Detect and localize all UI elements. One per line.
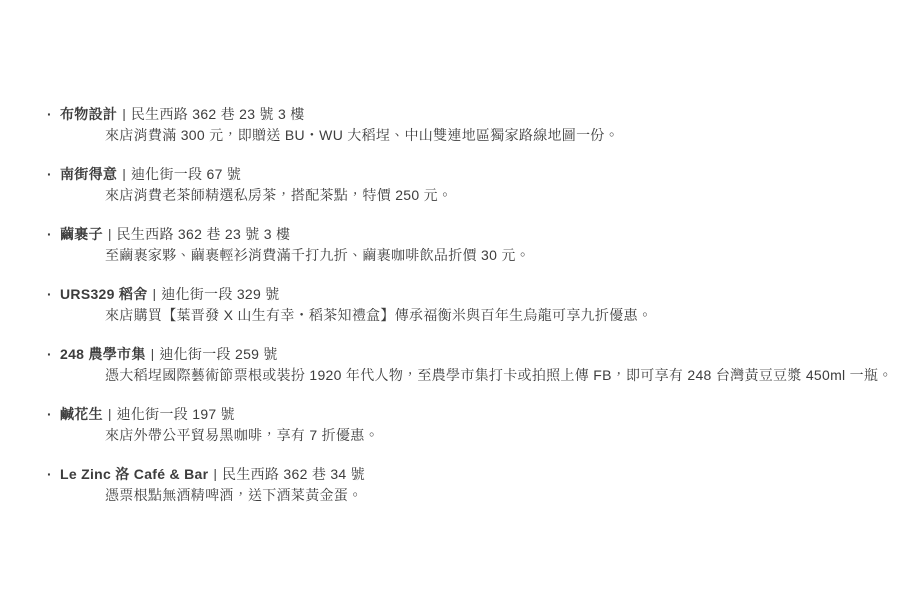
shop-title-line: · 布物設計 | 民生西路 362 巷 23 號 3 樓 (47, 104, 907, 125)
bullet-icon: · (47, 164, 60, 185)
bullet-icon: · (47, 284, 60, 305)
shop-name: Le Zinc 洛 Café & Bar (60, 464, 208, 485)
separator: | (108, 225, 112, 244)
shop-list: · 布物設計 | 民生西路 362 巷 23 號 3 樓 來店消費滿 300 元… (47, 104, 907, 524)
shop-address: 民生西路 362 巷 23 號 3 樓 (117, 224, 291, 245)
shop-offer: 來店消費老茶師精選私房茶，搭配茶點，特價 250 元。 (105, 185, 907, 206)
shop-title-line: · 南街得意 | 迪化街一段 67 號 (47, 164, 907, 185)
bullet-icon: · (47, 104, 60, 125)
separator: | (151, 345, 155, 364)
shop-address: 迪化街一段 197 號 (117, 404, 235, 425)
shop-offer: 憑大稻埕國際藝術節票根或裝扮 1920 年代人物，至農學市集打卡或拍照上傳 FB… (105, 365, 907, 386)
separator: | (213, 465, 217, 484)
separator: | (122, 165, 126, 184)
shop-address: 民生西路 362 巷 23 號 3 樓 (131, 104, 305, 125)
bullet-icon: · (47, 464, 60, 485)
shop-title-line: · URS329 稻舍 | 迪化街一段 329 號 (47, 284, 907, 305)
shop-name: 248 農學市集 (60, 344, 146, 365)
shop-offer: 至繭裹家夥、繭裹輕衫消費滿千打九折、繭裹咖啡飲品折價 30 元。 (105, 245, 907, 266)
shop-offer: 來店購買【葉晋發 X 山生有幸・稻茶知禮盒】傳承福衡米與百年生烏龍可享九折優惠。 (105, 305, 907, 326)
shop-offer: 憑票根點無酒精啤酒，送下酒菜黃金蛋。 (105, 485, 907, 506)
list-item: · Le Zinc 洛 Café & Bar | 民生西路 362 巷 34 號… (47, 464, 907, 506)
shop-address: 民生西路 362 巷 34 號 (222, 464, 365, 485)
shop-title-line: · 鹹花生 | 迪化街一段 197 號 (47, 404, 907, 425)
shop-address: 迪化街一段 259 號 (159, 344, 277, 365)
shop-offer: 來店消費滿 300 元，即贈送 BU・WU 大稻埕、中山雙連地區獨家路線地圖一份… (105, 125, 907, 146)
shop-offer: 來店外帶公平貿易黑咖啡，享有 7 折優惠。 (105, 425, 907, 446)
shop-name: 布物設計 (60, 104, 117, 125)
list-item: · 南街得意 | 迪化街一段 67 號 來店消費老茶師精選私房茶，搭配茶點，特價… (47, 164, 907, 206)
separator: | (122, 105, 126, 124)
shop-name: 鹹花生 (60, 404, 103, 425)
list-item: · 248 農學市集 | 迪化街一段 259 號 憑大稻埕國際藝術節票根或裝扮 … (47, 344, 907, 386)
shop-title-line: · 繭裹子 | 民生西路 362 巷 23 號 3 樓 (47, 224, 907, 245)
list-item: · URS329 稻舍 | 迪化街一段 329 號 來店購買【葉晋發 X 山生有… (47, 284, 907, 326)
list-item: · 繭裹子 | 民生西路 362 巷 23 號 3 樓 至繭裹家夥、繭裹輕衫消費… (47, 224, 907, 266)
shop-address: 迪化街一段 67 號 (131, 164, 241, 185)
list-item: · 鹹花生 | 迪化街一段 197 號 來店外帶公平貿易黑咖啡，享有 7 折優惠… (47, 404, 907, 446)
shop-address: 迪化街一段 329 號 (161, 284, 279, 305)
separator: | (153, 285, 157, 304)
separator: | (108, 405, 112, 424)
shop-title-line: · 248 農學市集 | 迪化街一段 259 號 (47, 344, 907, 365)
bullet-icon: · (47, 344, 60, 365)
shop-name: 繭裹子 (60, 224, 103, 245)
shop-title-line: · Le Zinc 洛 Café & Bar | 民生西路 362 巷 34 號 (47, 464, 907, 485)
shop-name: URS329 稻舍 (60, 284, 148, 305)
list-item: · 布物設計 | 民生西路 362 巷 23 號 3 樓 來店消費滿 300 元… (47, 104, 907, 146)
shop-name: 南街得意 (60, 164, 117, 185)
bullet-icon: · (47, 404, 60, 425)
bullet-icon: · (47, 224, 60, 245)
